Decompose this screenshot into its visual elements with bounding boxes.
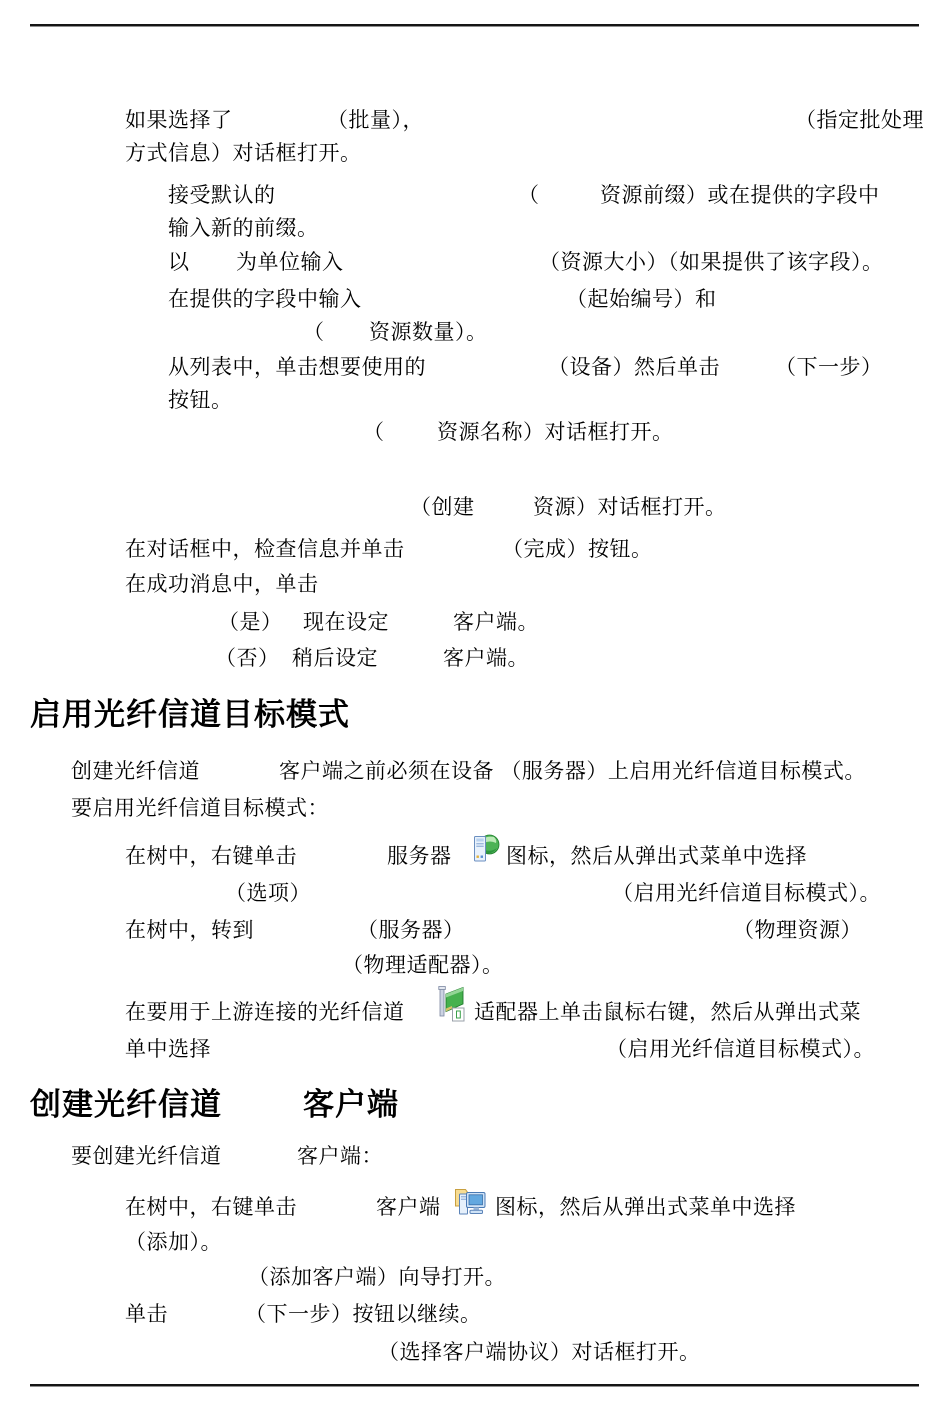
text-segment: （服务器）: [357, 919, 465, 942]
text-segment: （资源大小）（如果提供了该字段）。: [539, 251, 884, 274]
text-segment: 服务器: [387, 845, 452, 868]
top-rule: [30, 24, 919, 27]
text-segment: 稍后设定: [292, 647, 378, 670]
text-line: （是） 现在设定 客户端。: [0, 611, 950, 635]
text-segment: 接受默认的: [168, 184, 276, 207]
text-line: 如果选择了 （批量）， （指定批处理: [0, 109, 950, 133]
text-segment: 适配器上单击鼠标右键，然后从弹出式菜: [474, 1001, 861, 1024]
text-segment: （是）: [218, 611, 283, 634]
text-segment: 在树中，右键单击: [125, 1196, 297, 1219]
server-icon: [470, 833, 500, 863]
text-segment: 单击: [125, 1303, 168, 1326]
text-line: （添加客户端）向导打开。: [0, 1266, 950, 1290]
text-line: 方式信息）对话框打开。: [0, 142, 950, 166]
text-segment: （添加）。: [125, 1231, 222, 1254]
text-segment: （否）: [215, 647, 280, 670]
text-segment: 为单位输入: [236, 251, 344, 274]
text-segment: 从列表中，单击想要使用的: [168, 356, 426, 379]
text-line: （ 资源数量）。: [0, 321, 950, 345]
text-line: 单击 （下一步）按钮以继续。: [0, 1303, 950, 1327]
text-line: 输入新的前缀。: [0, 217, 950, 241]
text-line: 按钮。: [0, 389, 950, 413]
text-line: 在树中，右键单击 客户端 图标，然后从弹出式菜单中选择: [0, 1196, 950, 1220]
text-segment: 图标，然后从弹出式菜单中选择: [506, 845, 807, 868]
text-segment: 按钮。: [168, 389, 233, 412]
text-line: （创建 资源）对话框打开。: [0, 496, 950, 520]
text-line: 单中选择 （启用光纤信道目标模式）。: [0, 1038, 950, 1062]
text-segment: （物理适配器）。: [342, 954, 504, 977]
text-segment: 客户端：: [297, 1145, 383, 1168]
text-segment: 客户端: [376, 1196, 441, 1219]
text-segment: （下一步）按钮以继续。: [245, 1303, 482, 1326]
text-line: （选项） （启用光纤信道目标模式）。: [0, 882, 950, 906]
text-segment: （添加客户端）向导打开。: [248, 1266, 506, 1289]
text-segment: （启用光纤信道目标模式）。: [612, 882, 881, 905]
text-segment: （指定批处理: [795, 109, 924, 132]
text-line: 在对话框中，检查信息并单击 （完成）按钮。: [0, 538, 950, 562]
text-segment: 在提供的字段中输入: [168, 288, 362, 311]
text-segment: 在要用于上游连接的光纤信道: [125, 1001, 405, 1024]
heading-part: 客户端: [303, 1088, 399, 1122]
heading-part: 创建光纤信道: [30, 1088, 222, 1122]
text-segment: （启用光纤信道目标模式）。: [606, 1038, 875, 1061]
text-line: 在要用于上游连接的光纤信道 适配器上单击鼠标右键，然后从弹出式菜: [0, 1001, 950, 1025]
text-line: 以 为单位输入 （资源大小）（如果提供了该字段）。: [0, 251, 950, 275]
text-line: 接受默认的 （ 资源前缀）或在提供的字段中: [0, 184, 950, 208]
text-segment: （完成）按钮。: [502, 538, 653, 561]
text-segment: 在对话框中，检查信息并单击: [125, 538, 405, 561]
text-line: 在树中，右键单击 服务器 图标，然后从弹出式菜单中选择: [0, 845, 950, 869]
text-line: （否） 稍后设定 客户端。: [0, 647, 950, 671]
text-segment: 要启用光纤信道目标模式：: [71, 797, 329, 820]
text-segment: 单中选择: [125, 1038, 211, 1061]
text-segment: 如果选择了: [125, 109, 233, 132]
text-segment: （: [518, 184, 540, 207]
document-page: 如果选择了 （批量）， （指定批处理 方式信息）对话框打开。 接受默认的 （ 资…: [0, 0, 950, 1414]
text-segment: 方式信息）对话框打开。: [125, 142, 362, 165]
text-segment: （起始编号）和: [566, 288, 717, 311]
text-segment: 客户端。: [443, 647, 529, 670]
text-line: （物理适配器）。: [0, 954, 950, 978]
heading-enable-fc-target-mode: 启用光纤信道目标模式: [30, 698, 350, 732]
text-segment: 资源名称）对话框打开。: [437, 421, 674, 444]
text-segment: 在树中，转到: [125, 919, 254, 942]
text-line: （ 资源名称）对话框打开。: [0, 421, 950, 445]
fc-adapter-icon: [438, 985, 465, 1022]
text-segment: 资源数量）。: [369, 321, 488, 344]
text-segment: 资源）对话框打开。: [533, 496, 727, 519]
text-segment: （: [303, 321, 325, 344]
text-segment: （批量），: [327, 109, 424, 132]
text-segment: 客户端之前必须在设备 （服务器）上启用光纤信道目标模式。: [279, 760, 866, 783]
text-segment: 以: [168, 251, 190, 274]
text-segment: 在成功消息中，单击: [125, 573, 319, 596]
text-segment: 要创建光纤信道: [71, 1145, 222, 1168]
text-line: 从列表中，单击想要使用的 （设备）然后单击 （下一步）: [0, 356, 950, 380]
text-line: 要启用光纤信道目标模式：: [0, 797, 950, 821]
text-line: （选择客户端协议）对话框打开。: [0, 1341, 950, 1365]
bottom-rule: [30, 1384, 919, 1387]
text-segment: （设备）然后单击: [548, 356, 720, 379]
client-icon: [453, 1185, 487, 1217]
text-segment: 创建光纤信道: [71, 760, 200, 783]
text-line: 在成功消息中，单击: [0, 573, 950, 597]
text-line: 在提供的字段中输入 （起始编号）和: [0, 288, 950, 312]
text-segment: 客户端。: [453, 611, 539, 634]
text-segment: 在树中，右键单击: [125, 845, 297, 868]
text-segment: （下一步）: [775, 356, 883, 379]
text-line: 在树中，转到 （服务器） （物理资源）: [0, 919, 950, 943]
text-segment: 资源前缀）或在提供的字段中: [600, 184, 880, 207]
text-segment: （选择客户端协议）对话框打开。: [378, 1341, 701, 1364]
text-segment: 现在设定: [303, 611, 389, 634]
text-segment: （选项）: [225, 882, 311, 905]
text-segment: （: [363, 421, 385, 444]
text-segment: （创建: [410, 496, 475, 519]
text-segment: 图标，然后从弹出式菜单中选择: [495, 1196, 796, 1219]
text-line: 创建光纤信道 客户端之前必须在设备 （服务器）上启用光纤信道目标模式。: [0, 760, 950, 784]
text-line: （添加）。: [0, 1231, 950, 1255]
text-segment: （物理资源）: [733, 919, 862, 942]
text-segment: 输入新的前缀。: [168, 217, 319, 240]
text-line: 要创建光纤信道 客户端：: [0, 1145, 950, 1169]
